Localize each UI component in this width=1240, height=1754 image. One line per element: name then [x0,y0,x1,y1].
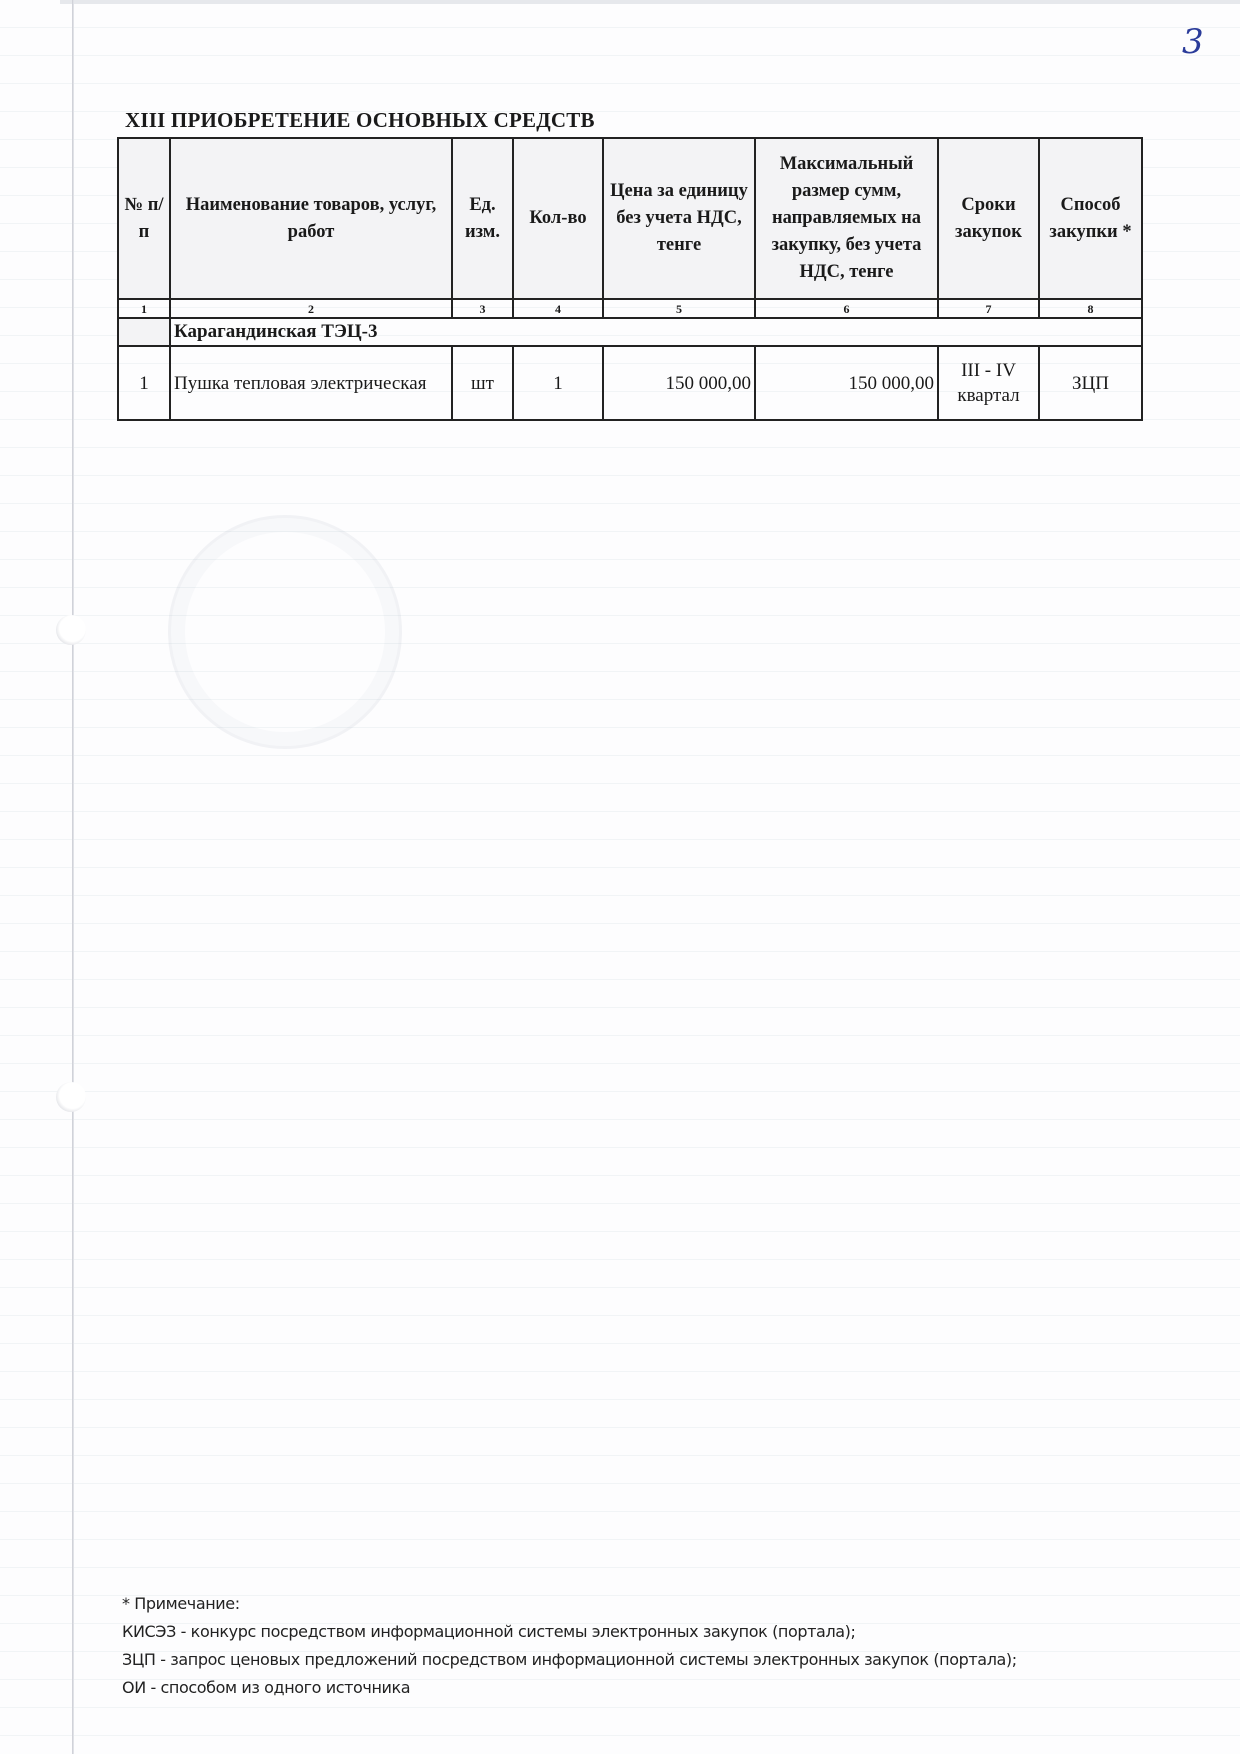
column-number: 5 [603,299,755,318]
footnote-line: КИСЭЗ - конкурс посредством информационн… [122,1618,1017,1646]
column-number: 4 [513,299,603,318]
column-number: 7 [938,299,1039,318]
header-unit-price: Цена за единицу без учета НДС, тенге [603,138,755,299]
header-max-amount: Максимальный размер сумм, направляемых н… [755,138,938,299]
header-method: Способ закупки * [1039,138,1142,299]
fixed-assets-table: № п/п Наименование товаров, услуг, работ… [117,137,1143,421]
cell-unit: шт [452,346,513,420]
cell-qty: 1 [513,346,603,420]
section-title: XIII ПРИОБРЕТЕНИЕ ОСНОВНЫХ СРЕДСТВ [125,108,595,133]
header-unit: Ед. изм. [452,138,513,299]
column-number: 8 [1039,299,1142,318]
header-period: Сроки закупок [938,138,1039,299]
column-number: 2 [170,299,452,318]
scan-top-edge [60,0,1240,4]
cell-method: ЗЦП [1039,346,1142,420]
column-number: 1 [118,299,170,318]
cell-max-amount: 150 000,00 [755,346,938,420]
table-header-row: № п/п Наименование товаров, услуг, работ… [118,138,1142,299]
punch-hole-icon [56,1082,86,1112]
footnote-line: ОИ - способом из одного источника [122,1674,1017,1702]
footnote: * Примечание: КИСЭЗ - конкурс посредство… [122,1590,1017,1702]
group-title: Карагандинская ТЭЦ-3 [170,318,1142,346]
table-row: 1 Пушка тепловая электрическая шт 1 150 … [118,346,1142,420]
handwritten-page-number: 3 [1182,22,1204,62]
header-name: Наименование товаров, услуг, работ [170,138,452,299]
column-number: 6 [755,299,938,318]
group-row: Карагандинская ТЭЦ-3 [118,318,1142,346]
cell-unit-price: 150 000,00 [603,346,755,420]
faded-stamp-icon [168,515,402,749]
punch-hole-icon [56,615,86,645]
header-no: № п/п [118,138,170,299]
column-number-row: 1 2 3 4 5 6 7 8 [118,299,1142,318]
group-row-spacer [118,318,170,346]
header-qty: Кол-во [513,138,603,299]
cell-name: Пушка тепловая электрическая [170,346,452,420]
footnote-line: ЗЦП - запрос ценовых предложений посредс… [122,1646,1017,1674]
cell-period: III - IV квартал [938,346,1039,420]
binding-margin-line [72,0,74,1754]
footnote-title: * Примечание: [122,1590,1017,1618]
column-number: 3 [452,299,513,318]
cell-no: 1 [118,346,170,420]
